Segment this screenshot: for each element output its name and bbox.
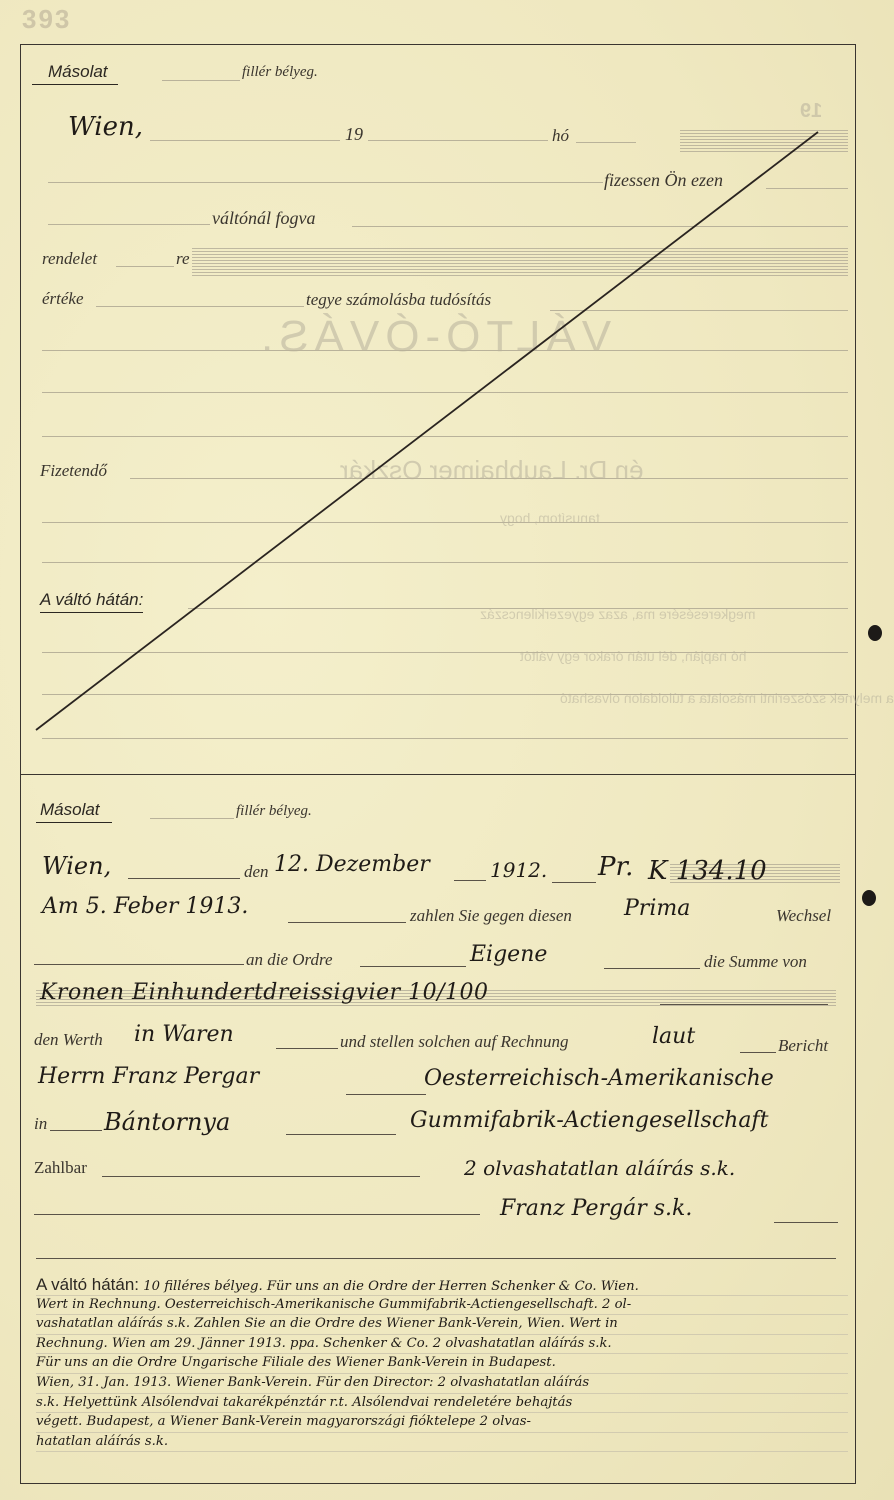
rule bbox=[286, 1134, 396, 1135]
top-back-label: A váltó hátán: bbox=[40, 590, 143, 613]
section-divider bbox=[20, 774, 856, 775]
rule bbox=[50, 1130, 102, 1131]
top-stamp-label: fillér bélyeg. bbox=[242, 64, 318, 81]
bottom-in-label: in bbox=[34, 1114, 47, 1134]
rule bbox=[150, 818, 234, 819]
bottom-drawer-line-1: Oesterreichisch-Amerikanische bbox=[424, 1066, 774, 1091]
rule bbox=[188, 608, 848, 609]
rule bbox=[36, 1258, 836, 1259]
rule bbox=[150, 140, 340, 141]
bottom-order-text: an die Ordre bbox=[246, 950, 333, 970]
bottom-date: 12. Dezember bbox=[274, 852, 430, 877]
top-pay-text: fizessen Ön ezen bbox=[604, 170, 723, 191]
bottom-value-label: den Werth bbox=[34, 1030, 103, 1050]
top-year-prefix: 19 bbox=[345, 124, 363, 145]
bottom-value: in Waren bbox=[134, 1022, 234, 1047]
rule bbox=[352, 226, 848, 227]
bottom-stamp-label: fillér bélyeg. bbox=[236, 803, 312, 820]
amount-hatch bbox=[680, 130, 848, 152]
top-account-text: tegye számolásba tudósítás bbox=[306, 290, 491, 310]
rule bbox=[766, 188, 848, 189]
bleed-line-5: a melynek szószerinti másolata a túlolda… bbox=[560, 690, 894, 706]
rule bbox=[42, 350, 848, 351]
rule bbox=[368, 140, 548, 141]
bottom-year: 1912. bbox=[490, 858, 547, 882]
endorsement-line: Wert in Rechnung. Oesterreichisch-Amerik… bbox=[36, 1296, 848, 1316]
bottom-bill-type: Prima bbox=[624, 896, 690, 921]
bottom-copy-label: Másolat bbox=[36, 800, 112, 823]
rule bbox=[42, 694, 848, 695]
top-city: Wien, bbox=[68, 112, 143, 142]
top-value-label: értéke bbox=[42, 289, 84, 309]
top-payable-label: Fizetendő bbox=[40, 461, 107, 481]
rule bbox=[660, 1004, 828, 1005]
rule bbox=[576, 142, 636, 143]
top-order-suffix: re bbox=[176, 249, 190, 269]
bottom-sum-text: die Summe von bbox=[704, 952, 807, 972]
bottom-signature: Franz Pergár s.k. bbox=[500, 1196, 692, 1221]
rule bbox=[288, 922, 406, 923]
endorsement-text: 10 filléres bélyeg. Für uns an die Ordre… bbox=[143, 1279, 639, 1294]
rule bbox=[276, 1048, 338, 1049]
bottom-order: Eigene bbox=[470, 942, 547, 967]
endorsement-line: Rechnung. Wien am 29. Jänner 1913. ppa. … bbox=[36, 1335, 848, 1355]
rule bbox=[550, 310, 848, 311]
rule bbox=[128, 878, 240, 879]
bleed-line-4: hó napján, dél után órakor egy váltót bbox=[520, 648, 747, 664]
rule bbox=[34, 964, 244, 965]
endorsement-line: A váltó hátán: 10 filléres bélyeg. Für u… bbox=[36, 1276, 848, 1296]
bottom-place: Bántornya bbox=[104, 1108, 230, 1136]
endorsement-label: A váltó hátán: bbox=[36, 1276, 139, 1296]
bottom-due-date: Am 5. Feber 1913. bbox=[42, 894, 248, 919]
rule bbox=[552, 882, 596, 883]
bottom-report-word: Bericht bbox=[778, 1036, 828, 1056]
rule bbox=[48, 224, 210, 225]
endorsement-line: s.k. Helyettünk Alsólendvai takarékpénzt… bbox=[36, 1394, 848, 1414]
rule bbox=[116, 266, 174, 267]
bottom-pay-text: zahlen Sie gegen diesen bbox=[410, 906, 572, 926]
top-order-label: rendelet bbox=[42, 249, 97, 269]
top-copy-label: Másolat bbox=[32, 62, 118, 85]
rule bbox=[774, 1222, 838, 1223]
bottom-account-text: und stellen solchen auf Rechnung bbox=[340, 1032, 569, 1052]
endorsement-block: A váltó hátán: 10 filléres bélyeg. Für u… bbox=[36, 1276, 848, 1452]
rule bbox=[42, 652, 848, 653]
bottom-city: Wien, bbox=[42, 852, 111, 880]
rule bbox=[96, 306, 304, 307]
rule bbox=[102, 1176, 420, 1177]
bottom-amount-prefix: Pr. bbox=[598, 852, 633, 882]
bottom-drawee: Herrn Franz Pergar bbox=[38, 1064, 259, 1089]
bottom-bill-word: Wechsel bbox=[776, 906, 831, 926]
bleed-title: VÁLTÓ-ÓVÁS. bbox=[255, 312, 611, 362]
endorsement-line: vashatatlan aláírás s.k. Zahlen Sie an d… bbox=[36, 1315, 848, 1335]
endorsement-line: Für uns an die Ordre Ungarische Filiale … bbox=[36, 1354, 848, 1374]
rule bbox=[42, 562, 848, 563]
folio-number: 393 bbox=[22, 4, 71, 35]
rule bbox=[48, 182, 603, 183]
rule bbox=[346, 1094, 426, 1095]
bottom-amount: K 134.10 bbox=[648, 856, 767, 886]
binding-hole bbox=[868, 625, 882, 641]
rule bbox=[604, 968, 700, 969]
rule bbox=[740, 1052, 776, 1053]
rule bbox=[42, 436, 848, 437]
rule bbox=[34, 1214, 480, 1215]
rule bbox=[42, 392, 848, 393]
rule bbox=[454, 880, 486, 881]
rule bbox=[360, 966, 466, 967]
rule bbox=[42, 738, 848, 739]
top-month-label: hó bbox=[552, 126, 569, 146]
rule bbox=[130, 478, 848, 479]
endorsement-line: Wien, 31. Jan. 1913. Wiener Bank-Verein.… bbox=[36, 1374, 848, 1394]
bleed-line-1: én Dr. Laubhaimer Oszkár bbox=[340, 455, 643, 486]
endorsement-line: hatatlan aláírás s.k. bbox=[36, 1433, 848, 1453]
rule bbox=[42, 522, 848, 523]
order-hatch bbox=[192, 248, 848, 278]
endorsement-line: végett. Budapest, a Wiener Bank-Verein m… bbox=[36, 1413, 848, 1433]
stamp-rule bbox=[162, 80, 240, 81]
top-bill-text: váltónál fogva bbox=[212, 208, 315, 229]
bottom-signature-note: 2 olvashatatlan aláírás s.k. bbox=[464, 1156, 735, 1180]
bottom-drawer-line-2: Gummifabrik-Actiengesellschaft bbox=[410, 1108, 768, 1133]
bottom-account: laut bbox=[652, 1024, 695, 1049]
binding-hole bbox=[862, 890, 876, 906]
bleed-corner-stamp: 19 bbox=[800, 100, 822, 123]
bleed-line-2: tanusítom, hogy bbox=[500, 510, 600, 526]
bottom-sum-words: Kronen Einhundertdreissigvier 10/100 bbox=[40, 980, 489, 1005]
bottom-date-prefix: den bbox=[244, 862, 269, 882]
bottom-payable-label: Zahlbar bbox=[34, 1158, 87, 1178]
